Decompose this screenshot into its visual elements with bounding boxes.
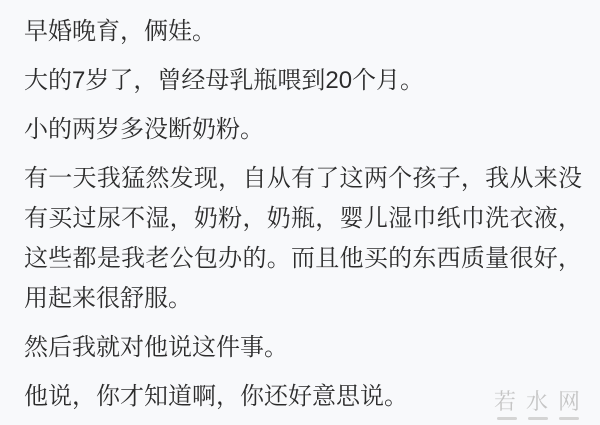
watermark: 若水网 xyxy=(494,385,590,416)
watermark-subtext-marks xyxy=(497,417,579,420)
paragraph: 小的两岁多没断奶粉。 xyxy=(24,110,582,150)
paragraph: 然后我就对他说这件事。 xyxy=(24,328,582,368)
paragraph: 有一天我猛然发现，自从有了这两个孩子，我从来没有买过尿不湿，奶粉，奶瓶，婴儿湿巾… xyxy=(24,159,582,319)
watermark-text: 若水网 xyxy=(494,389,590,414)
paragraph: 早婚晚育，俩娃。 xyxy=(24,12,582,52)
paragraph: 大的7岁了，曾经母乳瓶喂到20个月。 xyxy=(24,61,582,101)
post-body: 早婚晚育，俩娃。 大的7岁了，曾经母乳瓶喂到20个月。 小的两岁多没断奶粉。 有… xyxy=(24,12,582,425)
